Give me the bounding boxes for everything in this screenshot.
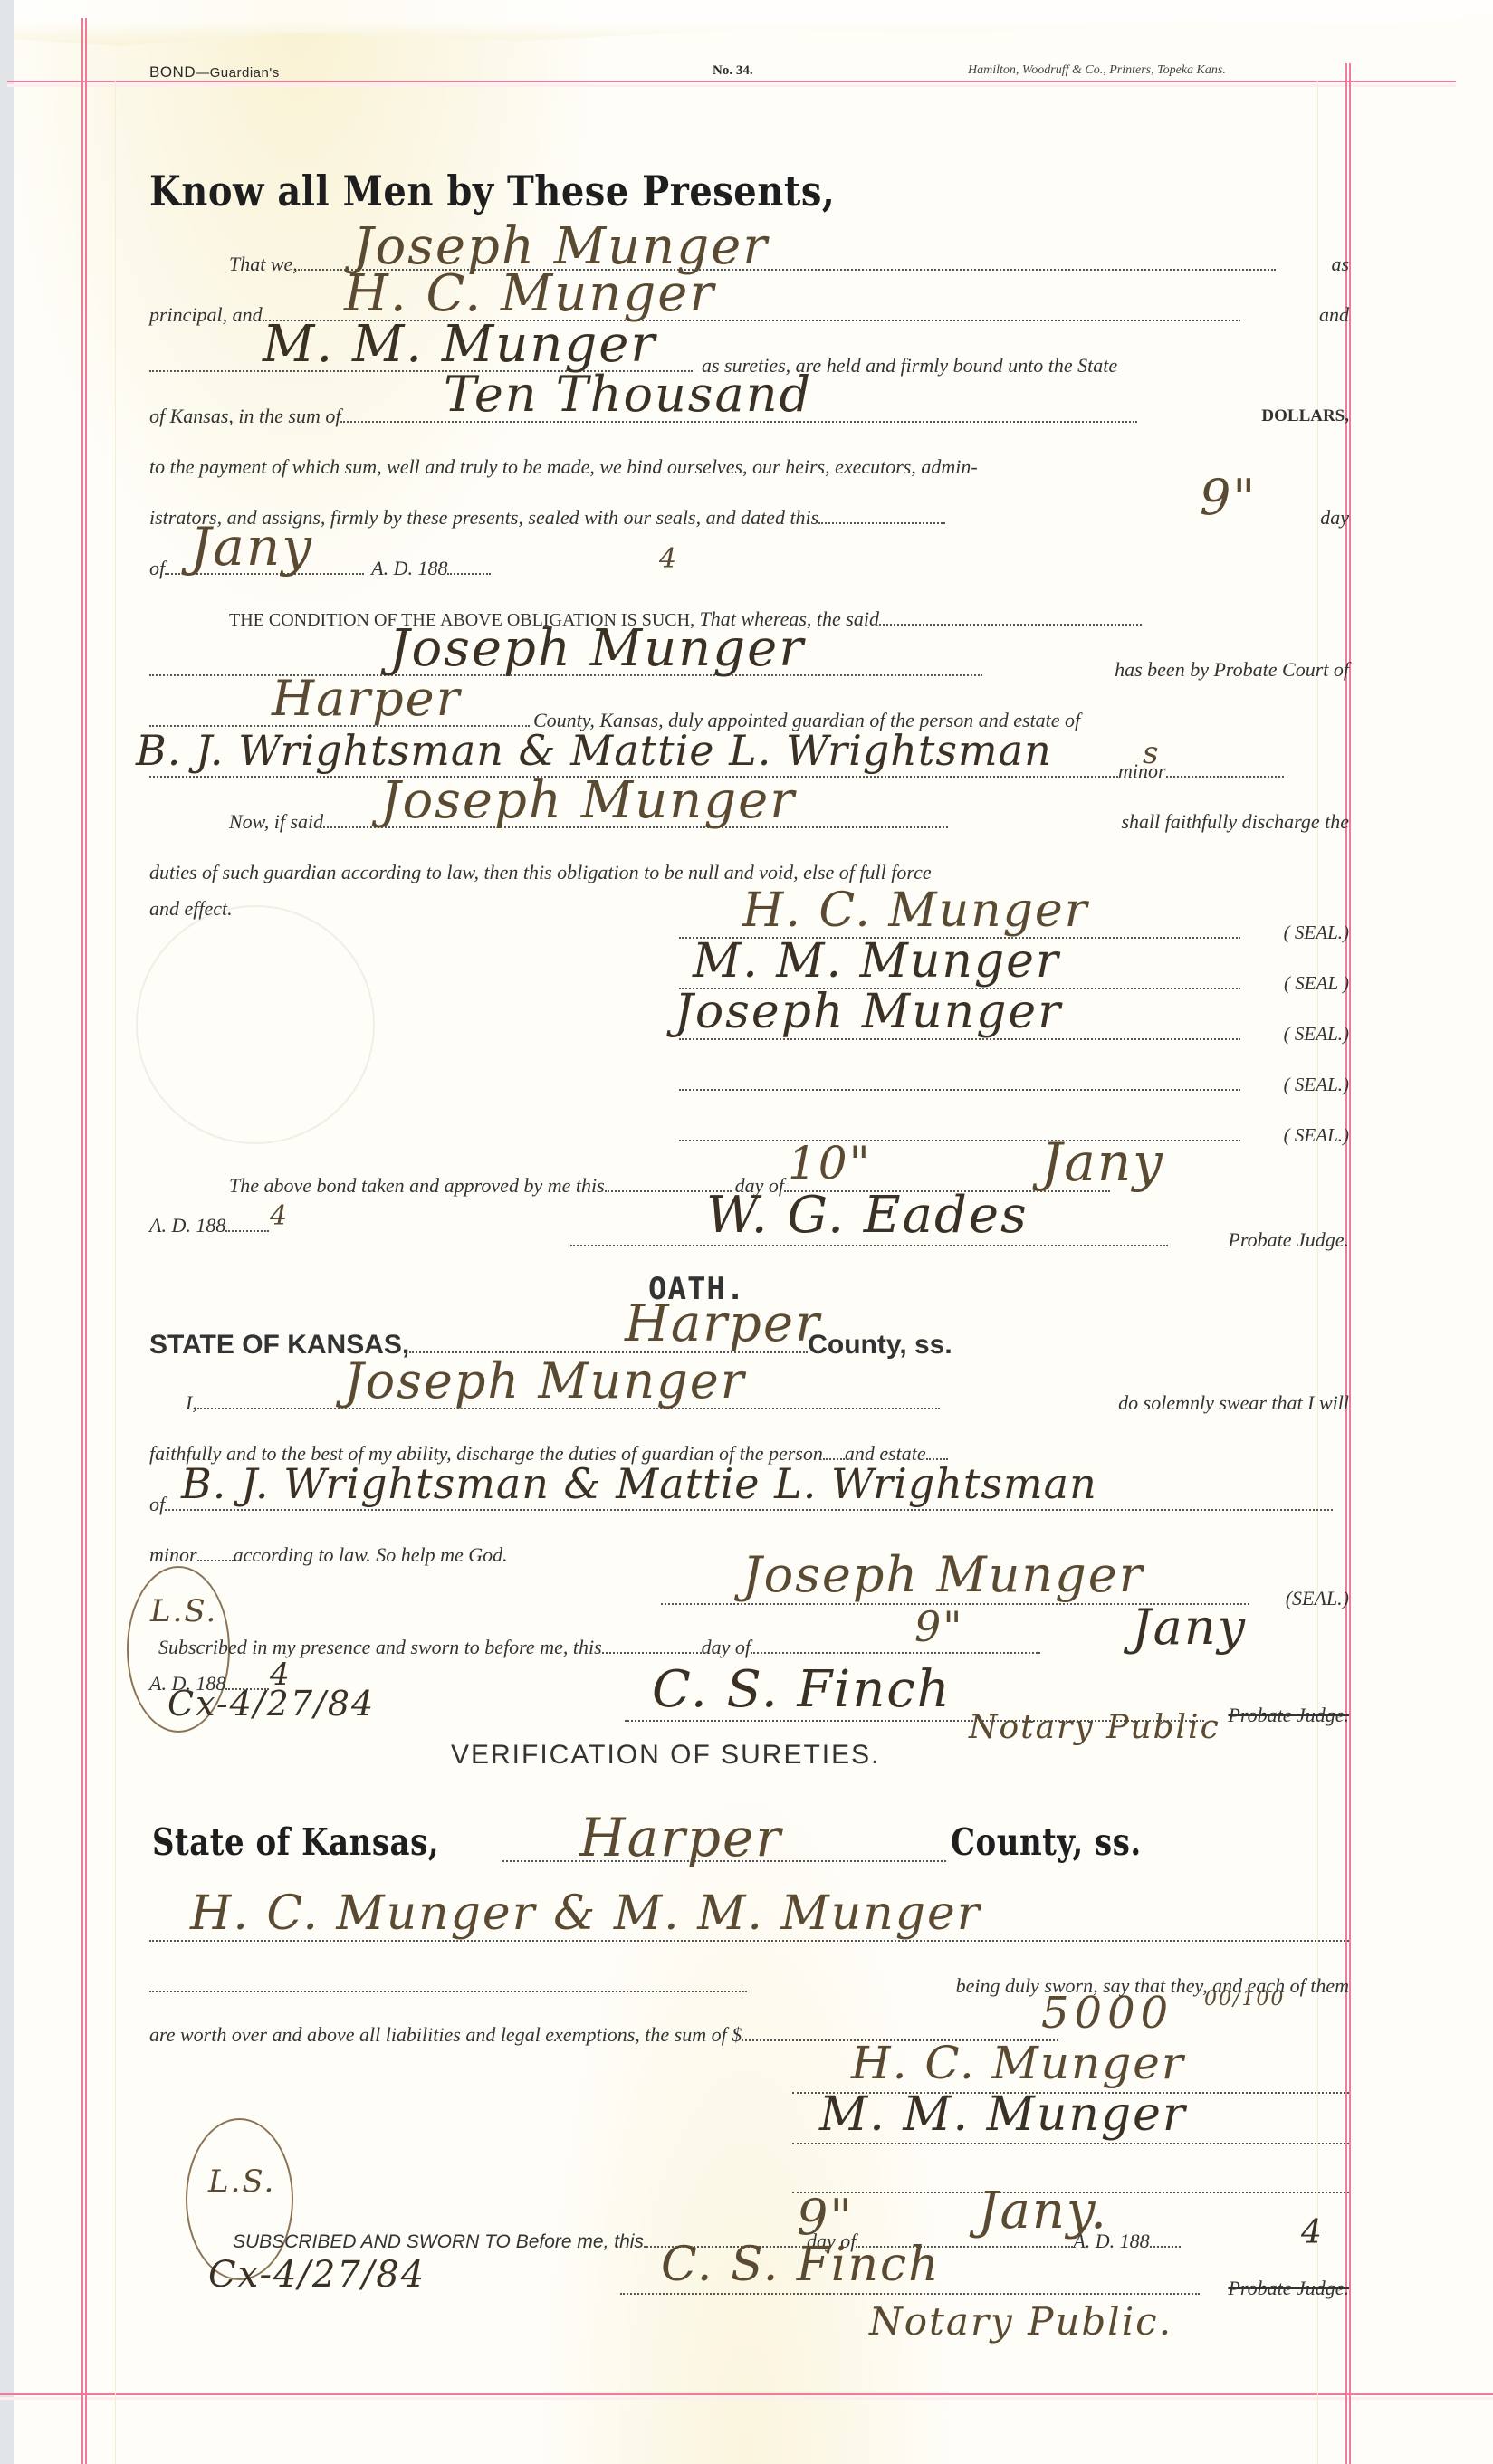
right-faint-rule — [1317, 81, 1318, 2464]
approved-year-field[interactable] — [225, 1210, 269, 1232]
verification-notary-title: Notary Public. — [869, 2299, 1172, 2344]
oath-commission-note: Cx-4/27/84 — [167, 1684, 375, 1724]
form-type: BOND—Guardian's — [149, 63, 280, 81]
approved-month: Jany — [1041, 1132, 1164, 1193]
oath-month: Jany — [1132, 1599, 1247, 1656]
approved-day: 10" — [788, 1137, 872, 1189]
verification-signature-1: H. C. Munger — [851, 2037, 1185, 2089]
signature-line-5: ( SEAL.) — [679, 1117, 1349, 1153]
verification-commission-note: Cx-4/27/84 — [208, 2254, 426, 2296]
bond-day: 9" — [1200, 469, 1257, 526]
verification-month: Jany. — [978, 2182, 1108, 2240]
verification-sureties: H. C. Munger & M. M. Munger — [190, 1886, 981, 1941]
bond-month: Jany — [190, 516, 313, 578]
signature-field-4[interactable] — [679, 1069, 1240, 1091]
verification-signature-2: M. M. Munger — [819, 2087, 1187, 2142]
oath-signature: Joseph Munger — [742, 1546, 1144, 1603]
verification-sum-cents: 00/100 — [1204, 1988, 1285, 2010]
verification-sum: 5000 — [1041, 1988, 1173, 2039]
embossed-seal — [136, 905, 375, 1144]
oath-minors-names: B. J. Wrightsman & Mattie L. Wrightsman — [181, 1459, 1097, 1508]
oath-day-field[interactable] — [602, 1632, 702, 1654]
top-rule — [7, 81, 1456, 87]
signature-2: M. M. Munger — [693, 934, 1060, 988]
oath-notary-title: Notary Public — [969, 1709, 1220, 1746]
left-faint-rule — [115, 81, 116, 2464]
verification-heading: VERIFICATION OF SURETIES. — [451, 1740, 880, 1771]
signature-3: Joseph Munger — [675, 985, 1062, 1039]
verification-year-field[interactable] — [1150, 2226, 1181, 2248]
verification-ls-mark: L.S. — [208, 2163, 275, 2200]
sum-words: Ten Thousand — [444, 366, 812, 423]
bottom-rule — [0, 2393, 1493, 2400]
bond-day-field[interactable] — [818, 502, 945, 524]
verification-county: Harper — [579, 1807, 782, 1868]
left-rule — [81, 18, 83, 2464]
bond-year-suffix: 4 — [659, 543, 678, 575]
approved-year-suffix: 4 — [270, 1200, 289, 1232]
county-name: Harper — [272, 670, 461, 727]
oath-county: Harper — [625, 1294, 821, 1353]
line-payment: to the payment of which sum, well and tr… — [149, 449, 1349, 485]
oath-day: 9" — [914, 1602, 963, 1651]
judge-signature: W. G. Eades — [706, 1186, 1029, 1245]
line-of-month: ofA. D. 188 — [149, 550, 1349, 587]
printer-credit: Hamilton, Woodruff & Co., Printers, Tope… — [968, 63, 1226, 78]
minors-names: B. J. Wrightsman & Mattie L. Wrightsman — [136, 726, 1052, 775]
line-oath-i: I,do solemnly swear that I will — [149, 1385, 1349, 1421]
oath-month-field[interactable] — [751, 1632, 1040, 1654]
oath-ls-mark: L.S. — [150, 1593, 217, 1629]
signature-line-4: ( SEAL.) — [679, 1066, 1349, 1103]
scan-edge-shadow — [0, 0, 14, 2464]
minor-suffix: s — [1143, 735, 1160, 771]
line-assigns: istrators, and assigns, firmly by these … — [149, 500, 1349, 536]
verification-year-suffix: 4 — [1301, 2214, 1324, 2251]
bond-heading: Know all Men by These Presents, — [149, 167, 835, 215]
affiant-name: Joseph Munger — [344, 1352, 746, 1409]
form-number: No. 34. — [713, 63, 753, 79]
oath-notary-signature: C. S. Finch — [652, 1660, 952, 1719]
signature-1: H. C. Munger — [742, 883, 1089, 938]
verification-state: State of Kansas, — [152, 1821, 439, 1865]
verification-notary-signature: C. S. Finch — [661, 2238, 941, 2292]
bond-year-field[interactable] — [447, 553, 491, 575]
verification-county-label: County, ss. — [951, 1821, 1142, 1865]
now-if-name: Joseph Munger — [380, 771, 796, 830]
